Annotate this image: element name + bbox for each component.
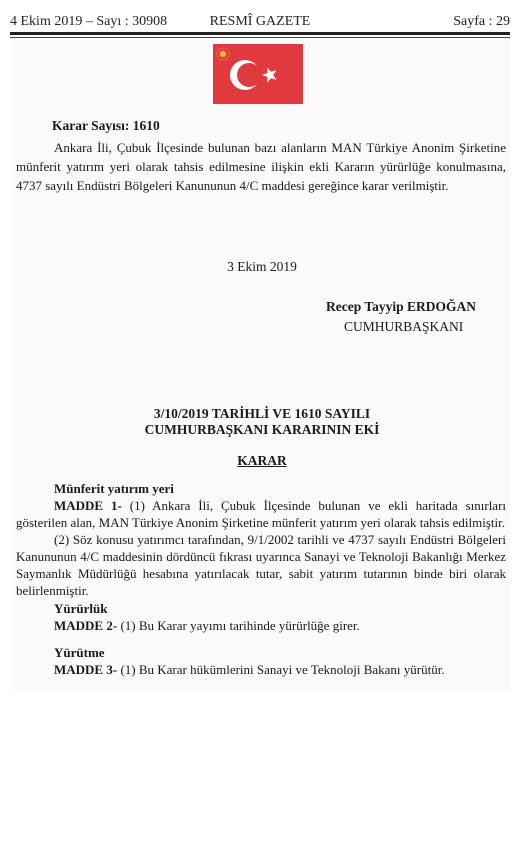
annex-title-line1: 3/10/2019 TARİHLİ VE 1610 SAYILI (0, 406, 524, 422)
turkish-flag-presidential-icon (213, 44, 303, 104)
annex-title-line2: CUMHURBAŞKANI KARARININ EKİ (0, 422, 524, 438)
article-2-title: Yürürlük (16, 600, 506, 617)
article-3-paragraph-1: MADDE 3- (1) Bu Karar hükümlerini Sanayi… (16, 661, 506, 678)
article-3-label: MADDE 3- (54, 662, 117, 677)
decree-preamble: Ankara İli, Çubuk İlçesinde bulunan bazı… (16, 138, 506, 195)
gazette-title: RESMÎ GAZETE (10, 14, 510, 30)
article-1-paragraph-2: (2) Söz konusu yatırımcı tarafından, 9/1… (16, 531, 506, 599)
article-1-label: MADDE 1- (54, 498, 122, 513)
decree-number: Karar Sayısı: 1610 (52, 117, 160, 135)
article-2-text-1: (1) Bu Karar yayımı tarihinde yürürlüğe … (120, 618, 359, 633)
article-1-title: Münferit yatırım yeri (16, 480, 506, 497)
signer-name: Recep Tayyip ERDOĞAN (326, 298, 476, 316)
gazette-header: 4 Ekim 2019 – Sayı : 30908 RESMÎ GAZETE … (10, 10, 510, 32)
annex-title: 3/10/2019 TARİHLİ VE 1610 SAYILI CUMHURB… (0, 406, 524, 438)
article-2-label: MADDE 2- (54, 618, 117, 633)
article-3-title: Yürütme (16, 644, 506, 661)
article-2-paragraph-1: MADDE 2- (1) Bu Karar yayımı tarihinde y… (16, 617, 506, 634)
page-number: Sayfa : 29 (453, 14, 510, 30)
article-3: Yürütme MADDE 3- (1) Bu Karar hükümlerin… (16, 644, 506, 678)
article-1: Münferit yatırım yeri MADDE 1- (1) Ankar… (16, 480, 506, 599)
article-2: Yürürlük MADDE 2- (1) Bu Karar yayımı ta… (16, 600, 506, 634)
decree-date: 3 Ekim 2019 (0, 258, 524, 276)
signer-title: CUMHURBAŞKANI (344, 318, 463, 336)
header-double-rule (10, 32, 510, 38)
article-1-paragraph-1: MADDE 1- (1) Ankara İli, Çubuk İlçesinde… (16, 497, 506, 531)
karar-heading: KARAR (0, 452, 524, 470)
article-3-text-1: (1) Bu Karar hükümlerini Sanayi ve Tekno… (120, 662, 444, 677)
